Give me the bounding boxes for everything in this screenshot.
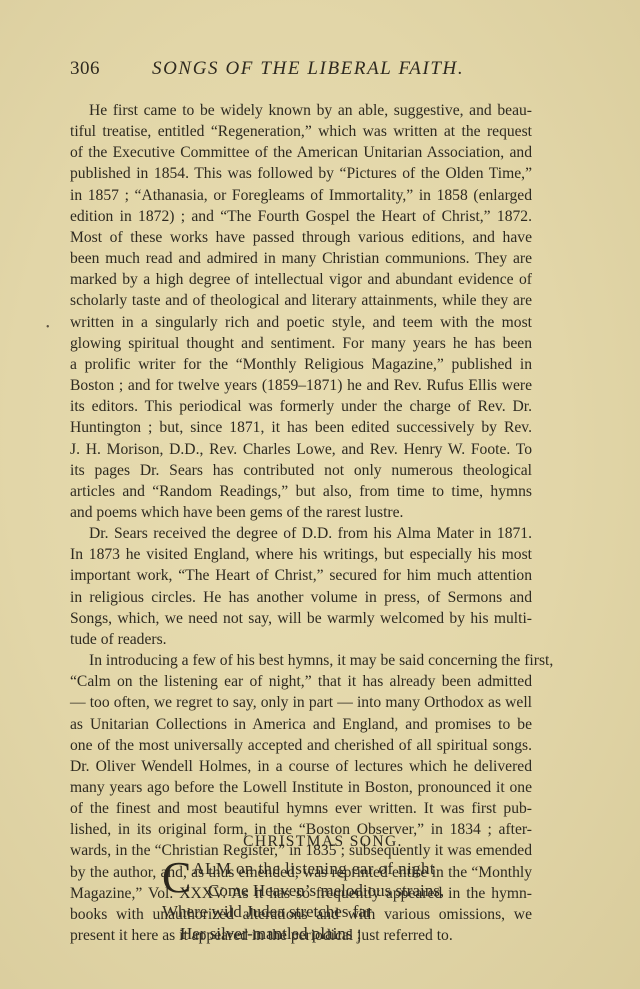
text-line: and poems which have been gems of the ra… — [70, 502, 532, 523]
text-line: as Unitarian Collections in America and … — [70, 714, 532, 735]
text-line: Most of these works have passed through … — [70, 227, 532, 248]
text-line: of the finest and most beautiful hymns e… — [70, 798, 532, 819]
poem-line-2: Come Heaven’s melodious strains, — [162, 880, 502, 902]
text-line: in 1857 ; “Athanasia, or Foregleams of I… — [70, 185, 532, 206]
poem: CALM on the listening ear of night Come … — [162, 858, 502, 944]
running-head: 306 SONGS OF THE LIBERAL FAITH. — [70, 56, 570, 82]
text-line: been much read and admired in many Chris… — [70, 248, 532, 269]
paragraph-1: He first came to be widely known by an a… — [70, 100, 532, 523]
poem-line-4: Her silver-mantled plains ; — [162, 923, 502, 945]
poem-line-3: Where wild Judea stretches far — [162, 901, 502, 923]
drop-cap: C — [162, 860, 191, 896]
text-line: scholarly taste and of theological and l… — [70, 290, 532, 311]
text-line: In introducing a few of his best hymns, … — [70, 650, 532, 671]
text-line: of the Executive Committee of the Americ… — [70, 142, 532, 163]
text-line: Boston ; and for twelve years (1859–1871… — [70, 375, 532, 396]
text-line: He first came to be widely known by an a… — [70, 100, 532, 121]
page-number: 306 — [70, 56, 100, 82]
text-line: Dr. Sears received the degree of D.D. fr… — [70, 523, 532, 544]
text-line: its editors. This periodical was formerl… — [70, 396, 532, 417]
text-line: In 1873 he visited England, where his wr… — [70, 544, 532, 565]
text-line: tiful treatise, entitled “Regeneration,”… — [70, 121, 532, 142]
text-line: — too often, we regret to say, only in p… — [70, 692, 532, 713]
text-line: one of the most universally accepted and… — [70, 735, 532, 756]
text-line: a prolific writer for the “Monthly Relig… — [70, 354, 532, 375]
text-line: in religious circles. He has another vol… — [70, 587, 532, 608]
text-line: Huntington ; but, since 1871, it has bee… — [70, 417, 532, 438]
text-line: published in 1854. This was followed by … — [70, 163, 532, 184]
text-line: J. H. Morison, D.D., Rev. Charles Lowe, … — [70, 439, 532, 460]
text-line: important work, “The Heart of Christ,” s… — [70, 565, 532, 586]
text-line: Dr. Oliver Wendell Holmes, in a course o… — [70, 756, 532, 777]
text-line: marked by a high degree of intellectual … — [70, 269, 532, 290]
paragraph-2: Dr. Sears received the degree of D.D. fr… — [70, 523, 532, 650]
text-line: tude of readers. — [70, 629, 532, 650]
body-text: He first came to be widely known by an a… — [70, 100, 532, 946]
text-line: many years ago before the Lowell Institu… — [70, 777, 532, 798]
text-line: glowing spiritual thought and sentiment.… — [70, 333, 532, 354]
margin-mark: • — [46, 322, 50, 333]
text-line: its pages Dr. Sears has contributed not … — [70, 460, 532, 481]
poem-line-1-text: ALM on the listening ear of night — [192, 859, 435, 878]
text-line: Songs, which, we need not say, will be w… — [70, 608, 532, 629]
text-line: “Calm on the listening ear of night,” th… — [70, 671, 532, 692]
running-title: SONGS OF THE LIBERAL FAITH. — [152, 56, 464, 82]
book-page: 306 SONGS OF THE LIBERAL FAITH. • He fir… — [0, 0, 640, 989]
text-line: written in a singularly rich and poetic … — [70, 312, 532, 333]
poem-line-1: CALM on the listening ear of night — [162, 858, 502, 880]
poem-title-text: CHRISTMAS SONG. — [237, 833, 403, 850]
text-line: edition in 1872) ; and “The Fourth Gospe… — [70, 206, 532, 227]
poem-title: CHRISTMAS SONG. — [0, 833, 640, 851]
text-line: articles and “Random Readings,” but also… — [70, 481, 532, 502]
